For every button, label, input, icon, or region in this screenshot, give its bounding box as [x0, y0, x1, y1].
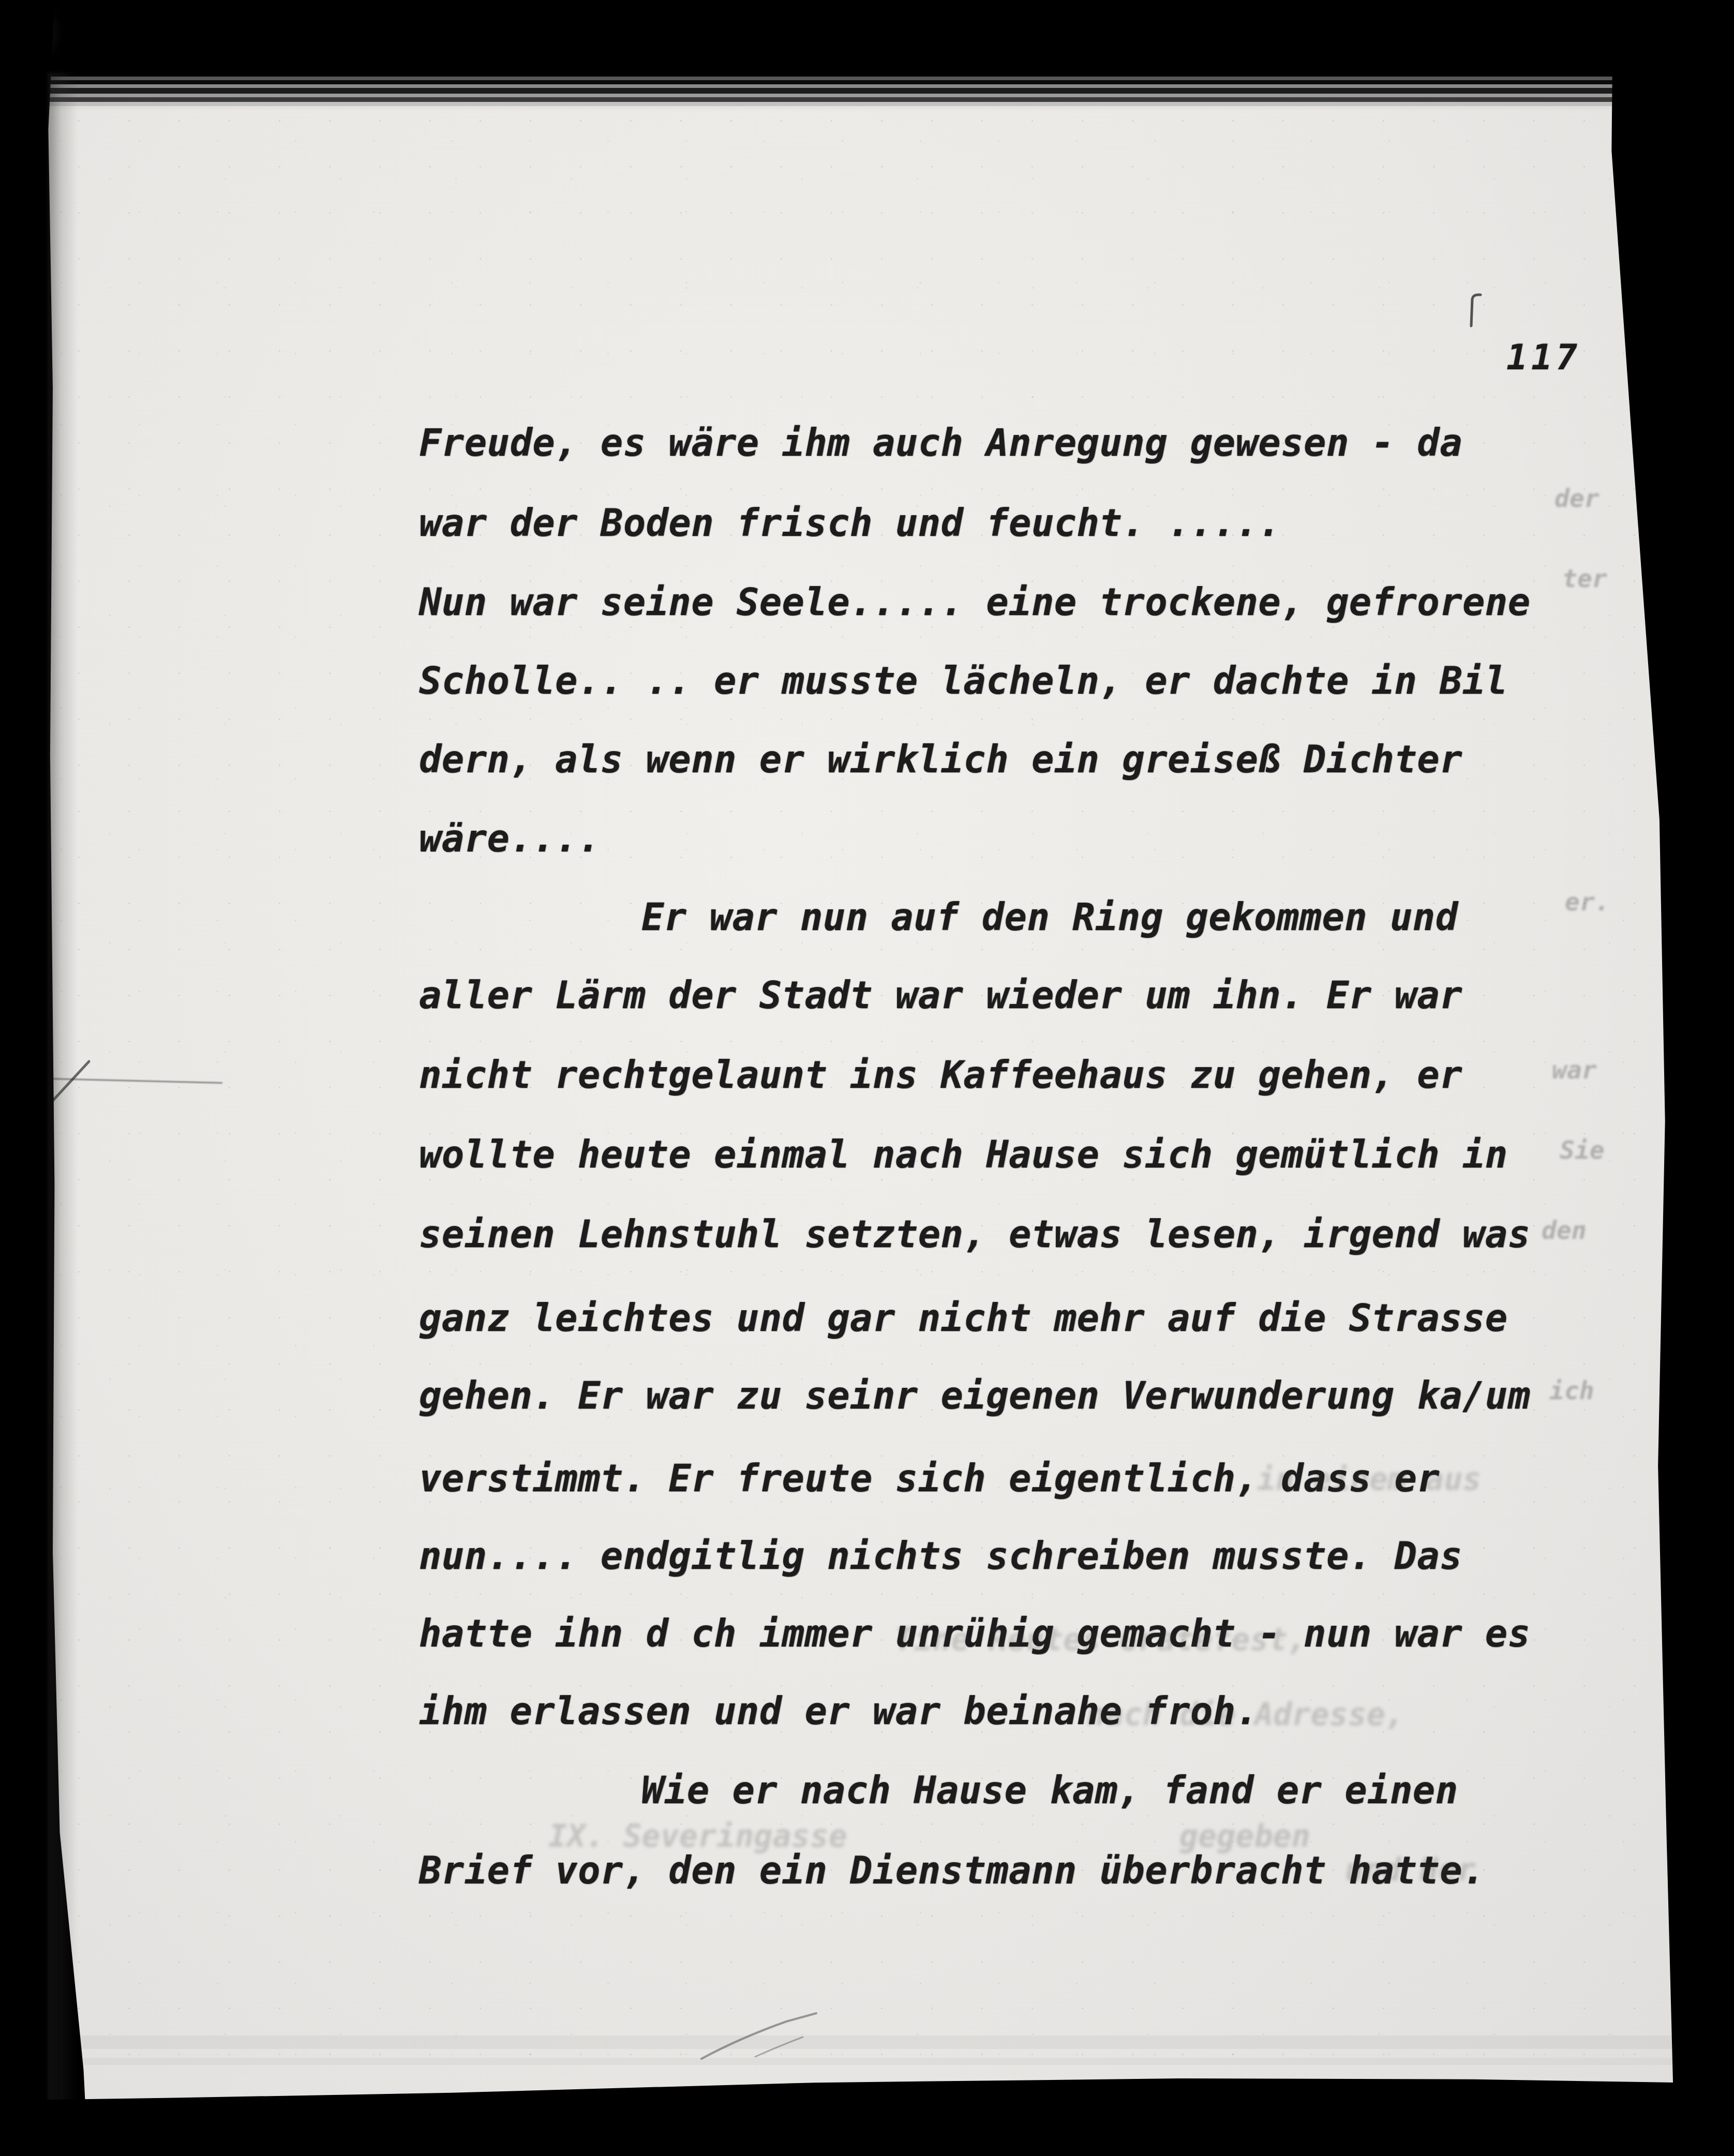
- text-line: aller Lärm der Stadt war wieder um ihn. …: [419, 977, 1462, 1014]
- page-number: 117: [1506, 337, 1581, 378]
- text-line: nun.... endgitlig nichts schreiben musst…: [419, 1537, 1462, 1575]
- scan-artifact-band: [0, 2058, 1734, 2065]
- text-line: Freude, es wäre ihm auch Anregung gewese…: [419, 424, 1462, 461]
- ghost-text-fragment: IX. Severingasse: [548, 1821, 847, 1852]
- ghost-text-fragment: in einem aus: [1257, 1464, 1481, 1495]
- text-line: nicht rechtgelaunt ins Kaffeehaus zu geh…: [419, 1056, 1462, 1094]
- pencil-scribble: [693, 2007, 828, 2069]
- ghost-text-fragment: den: [1542, 1218, 1587, 1243]
- scan-edge-top: [0, 0, 1734, 111]
- ghost-text-fragment: nach die Adresse,: [1086, 1699, 1404, 1730]
- ghost-text-fragment: er.: [1565, 890, 1610, 915]
- ghost-text-fragment: Sie: [1560, 1138, 1605, 1163]
- text-line: war der Boden frisch und feucht. .....: [419, 504, 1281, 542]
- text-line: Er war nun auf den Ring gekommen und: [641, 899, 1458, 936]
- ghost-text-fragment: war: [1552, 1058, 1597, 1083]
- text-line: ganz leichtes und gar nicht mehr auf die…: [419, 1299, 1508, 1337]
- scanned-page: Freude, es wäre ihm auch Anregung gewese…: [0, 0, 1734, 2156]
- scan-artifact-band: [0, 2035, 1734, 2049]
- ghost-text-fragment: der: [1554, 486, 1600, 511]
- text-line: dern, als wenn er wirklich ein greiseß D…: [419, 741, 1462, 778]
- text-line: seinen Lehnstuhl setzten, etwas lesen, i…: [419, 1216, 1531, 1253]
- ghost-text-fragment: und Her: [1345, 1854, 1476, 1885]
- ghost-text-fragment: gegeben: [1179, 1821, 1310, 1852]
- page-edge-shadow: [48, 72, 78, 2105]
- ghost-text-fragment: Tine Reutes Gratefest,: [895, 1624, 1306, 1655]
- text-line: Nun war seine Seele..... eine trockene, …: [419, 583, 1531, 621]
- text-line: Scholle.. .. er musste lächeln, er dacht…: [419, 662, 1508, 699]
- scan-edge-right: [1593, 0, 1734, 2156]
- text-line: Brief vor, den ein Dienstmann überbracht…: [419, 1852, 1485, 1889]
- scan-edge-bottom: [0, 2072, 1734, 2156]
- text-line: wollte heute einmal nach Hause sich gemü…: [419, 1136, 1508, 1173]
- ghost-text-fragment: ter: [1562, 566, 1607, 591]
- corner-hook-mark: [1465, 290, 1501, 331]
- text-line: Wie er nach Hause kam, fand er einen: [641, 1772, 1458, 1809]
- ghost-text-fragment: ich: [1549, 1379, 1594, 1403]
- text-line: gehen. Er war zu seinr eigenen Verwunder…: [419, 1377, 1531, 1414]
- text-line: wäre....: [419, 820, 601, 857]
